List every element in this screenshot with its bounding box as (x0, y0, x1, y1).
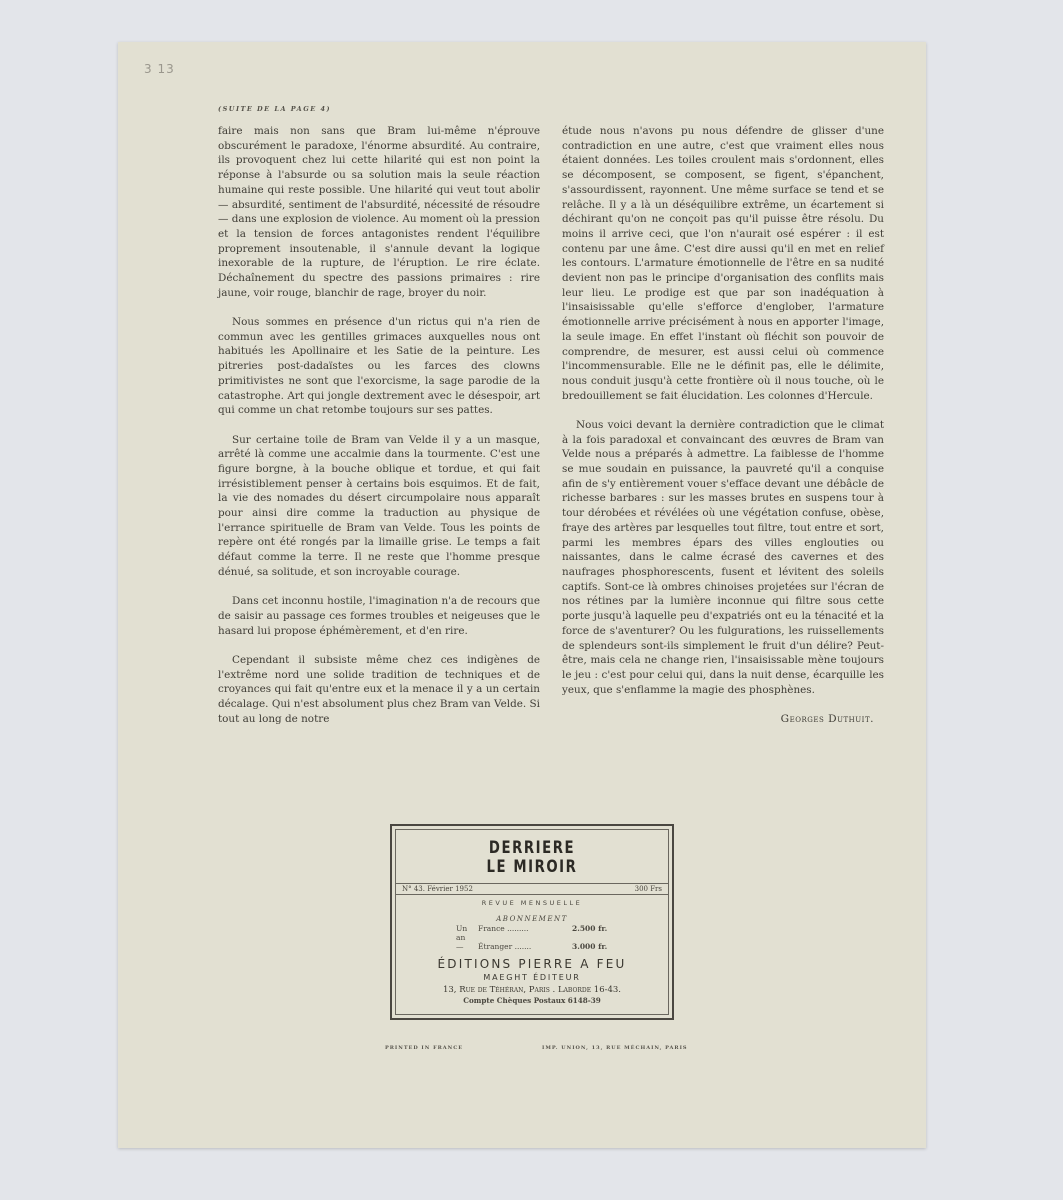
paragraph: Nous voici devant la dernière contradict… (562, 418, 884, 697)
paragraph: Cependant il subsiste même chez ces indi… (218, 653, 540, 727)
title-line-1: DERRIERE (426, 839, 638, 858)
subscription-row: Un an France ......... 2.500 fr. (456, 924, 668, 942)
author-signature: Georges Duthuit. (562, 712, 884, 727)
continued-from-label: (Suite de la page 4) (218, 105, 331, 113)
issue-price: 300 Frs (635, 885, 662, 893)
subtitle: REVUE MENSUELLE (396, 899, 668, 907)
masthead-box: DERRIERE LE MIROIR N° 43. Février 1952 3… (390, 824, 674, 1020)
article-right-column: étude nous n'avons pu nous défendre de g… (562, 124, 884, 727)
editor-name: MAEGHT ÉDITEUR (396, 973, 668, 982)
paragraph: faire mais non sans que Bram lui-même n'… (218, 124, 540, 300)
subscription-title: ABONNEMENT (396, 915, 668, 923)
printer-label: Imp. Union, 13, rue Méchain, Paris (542, 1045, 688, 1051)
subscription-table: Un an France ......... 2.500 fr. — Étran… (456, 924, 668, 951)
subscription-prefix: Un an (456, 924, 478, 942)
pencil-annotation: 3 13 (144, 62, 175, 76)
paragraph: Dans cet inconnu hostile, l'imagination … (218, 594, 540, 638)
subscription-prefix: — (456, 942, 478, 951)
masthead-inner-frame: DERRIERE LE MIROIR N° 43. Février 1952 3… (395, 829, 669, 1015)
publisher-name: ÉDITIONS PIERRE A FEU (396, 957, 668, 971)
issue-number: N° 43. Février 1952 (402, 885, 473, 893)
paragraph: étude nous n'avons pu nous défendre de g… (562, 124, 884, 403)
subscription-region: Étranger ....... (478, 942, 572, 951)
postal-account: Compte Chèques Postaux 6148-39 (396, 996, 668, 1005)
subscription-amount: 2.500 fr. (572, 924, 607, 942)
title-line-2: LE MIROIR (426, 858, 638, 877)
paragraph: Sur certaine toile de Bram van Velde il … (218, 433, 540, 580)
paragraph: Nous sommes en présence d'un rictus qui … (218, 315, 540, 418)
subscription-region: France ......... (478, 924, 572, 942)
printed-in-label: Printed in France (385, 1045, 463, 1051)
subscription-row: — Étranger ....... 3.000 fr. (456, 942, 668, 951)
publisher-address: 13, Rue de Téhéran, Paris . Laborde 16-4… (396, 985, 668, 995)
article-left-column: faire mais non sans que Bram lui-même n'… (218, 124, 540, 741)
subscription-amount: 3.000 fr. (572, 942, 607, 951)
publication-title: DERRIERE LE MIROIR (426, 839, 638, 877)
issue-row: N° 43. Février 1952 300 Frs (396, 883, 668, 895)
